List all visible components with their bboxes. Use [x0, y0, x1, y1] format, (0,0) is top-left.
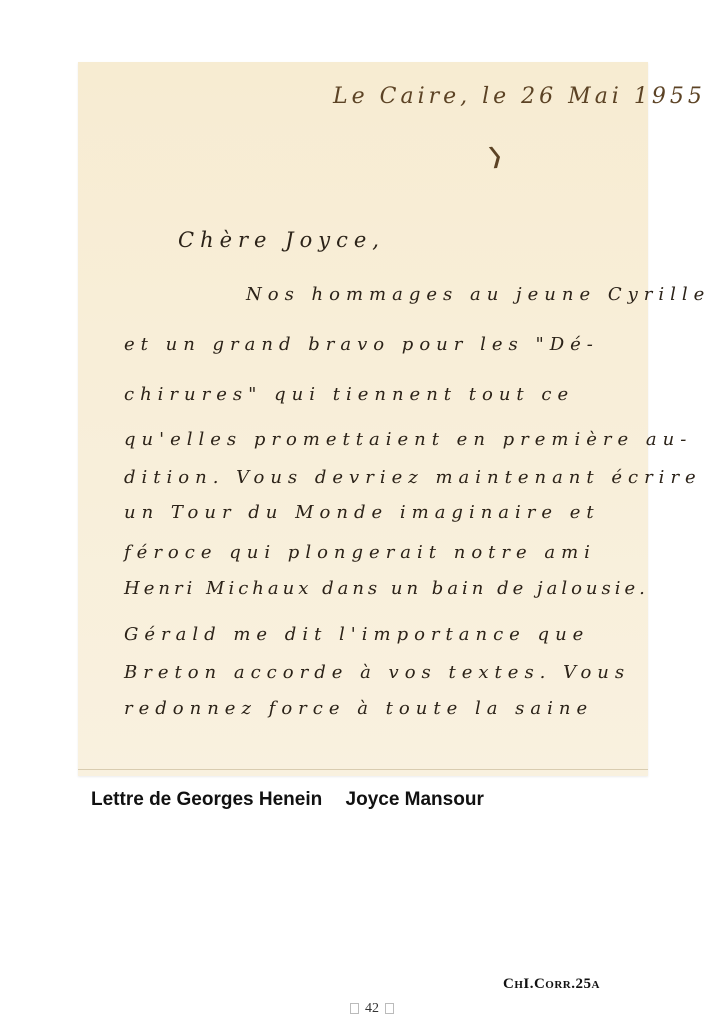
figure-caption: Lettre de Georges Henein Joyce Mansour [91, 789, 484, 811]
letter-line: chirures" qui tiennent tout ce [124, 384, 574, 405]
letter-line: Henri Michaux dans un bain de jalousie. [124, 578, 649, 599]
letter-line: et un grand bravo pour les "Dé- [124, 334, 599, 355]
page-next-icon [385, 1003, 394, 1014]
letter-line: un Tour du Monde imaginaire et [124, 502, 600, 523]
paper-edge [78, 769, 648, 770]
letter-line: qu'elles promettaient en première au- [124, 429, 692, 450]
caption-title: Lettre de Georges Henein [91, 789, 322, 810]
flourish-mark: ⟩ [485, 143, 507, 172]
letter-line: Nos hommages au jeune Cyrille [246, 284, 710, 305]
archive-reference: ChI.Corr.25a [503, 976, 600, 993]
letter-salutation: Chère Joyce, [178, 228, 385, 252]
page-number: 42 [365, 1001, 379, 1016]
letter-date-line: Le Caire, le 26 Mai 1955 [333, 84, 706, 109]
handwritten-letter-image: Le Caire, le 26 Mai 1955 ⟩ Chère Joyce, … [78, 62, 648, 776]
letter-line: dition. Vous devriez maintenant écrire [124, 467, 702, 488]
page-prev-icon [350, 1003, 359, 1014]
letter-line: féroce qui plongerait notre ami [124, 542, 596, 563]
caption-recipient: Joyce Mansour [346, 789, 484, 810]
letter-line: redonnez force à toute la saine [124, 698, 593, 719]
page-number-footer: 42 [344, 1001, 400, 1017]
letter-line: Gérald me dit l'importance que [124, 624, 589, 645]
letter-line: Breton accorde à vos textes. Vous [124, 662, 630, 683]
